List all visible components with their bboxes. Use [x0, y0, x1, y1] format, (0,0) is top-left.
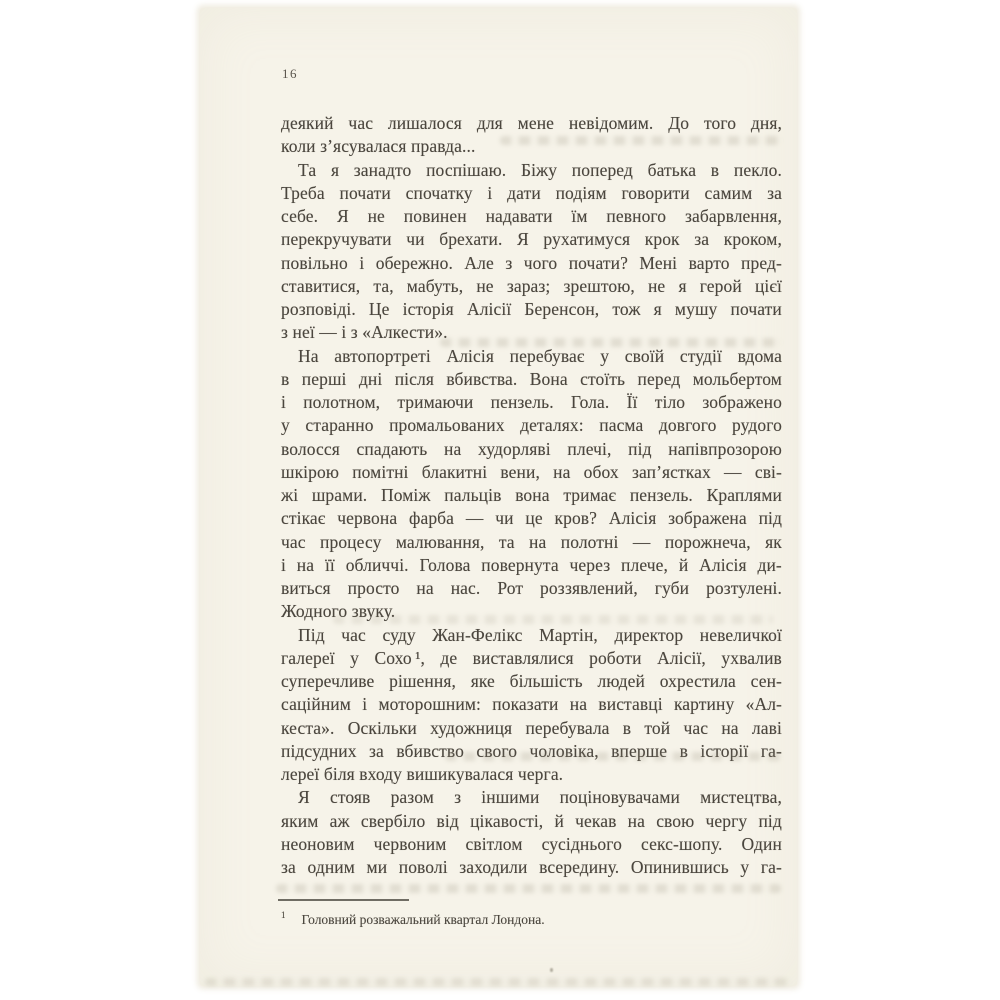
text-line: Требапочатиспочаткуідатиподіямговоритиса…	[281, 182, 782, 205]
text-line: волоссяспадаютьнахудорлявіплечі,піднапів…	[281, 438, 782, 461]
bleedthrough-artifact	[276, 884, 781, 893]
scan-speck	[550, 968, 553, 972]
text-line: витьсяпростонанас.Ротроззявлений,губироз…	[281, 577, 782, 600]
text-line: жішрами.Поміжпальціввонатримаєпензель.Кр…	[281, 484, 782, 507]
bleedthrough-artifact	[333, 615, 773, 624]
text-line: заодниммиповолізаходиливсередину.Опинивш…	[281, 856, 782, 879]
text-line: якимажсвербіловідцікавості,йчекавнасвоюч…	[281, 810, 782, 833]
text-line: перекручуватичибрехати.Ярухатимусякрокза…	[281, 228, 782, 251]
footnote-divider	[278, 899, 409, 901]
text-line: лереї біля входу вишикувалася черга.	[281, 763, 782, 786]
bleedthrough-artifact	[445, 752, 782, 761]
bleedthrough-artifact	[500, 136, 782, 145]
bleedthrough-artifact	[440, 338, 782, 347]
text-line: інаїїобличчі.Головаповернутачерезплече,й…	[281, 554, 782, 577]
text-line: часпроцесумалювання,танаполотні—порожнеч…	[281, 531, 782, 554]
bleedthrough-artifact	[205, 978, 792, 986]
text-line: розповіді.ЦеісторіяАлісіїБеренсон,тожяму…	[281, 298, 782, 321]
text-line: НаавтопортретіАлісіяперебуваєусвоїйстуді…	[281, 345, 782, 368]
text-line: суперечливерішення,якебільшістьлюдейохре…	[281, 670, 782, 693]
text-line: кеста».Оскількихудожницяперебувалавтойча…	[281, 717, 782, 740]
footnote: 1Головний розважальний квартал Лондона.	[281, 910, 741, 928]
text-line: ПідчассудуЖан-ФеліксМартін,директорневел…	[281, 624, 782, 647]
footnote-text: Головний розважальний квартал Лондона.	[302, 912, 545, 927]
text-line: галереїуСохо ¹,девиставлялисяроботиАлісі…	[281, 647, 782, 670]
text-line: Ястоявразомзіншимипоціновувачамимистецтв…	[281, 786, 782, 809]
text-line: неоновимчервонимсвітломсусідньогосекс-шо…	[281, 833, 782, 856]
text-line: саційнимімоторошним:показатинавиставціка…	[281, 693, 782, 716]
page-number: 16	[282, 66, 298, 82]
text-line: іполотном,тримаючипензель.Гола.Їїтілозоб…	[281, 391, 782, 414]
text-line: ставитися,та,мабуть,незараз;зрештою,неяг…	[281, 275, 782, 298]
text-line: повільноіобережно.Алезчогопочати?Менівар…	[281, 252, 782, 275]
text-line: впершідніпіслявбивства.Вонастоїтьпередмо…	[281, 368, 782, 391]
footnote-marker: 1	[281, 910, 286, 920]
text-line: устараннопромальованихдеталях:пасмадовго…	[281, 414, 782, 437]
text-line: Таязанадтопоспішаю.Біжупопередбатькавпек…	[281, 159, 782, 182]
text-line: себе.Янеповиненнадаватиїмпевногозабарвле…	[281, 205, 782, 228]
text-line: шкіроюпомітніблакитнівени,наобохзап’ястк…	[281, 461, 782, 484]
body-text: деякийчаслишалосядлямененевідомим.Дотого…	[281, 112, 782, 879]
text-line: деякийчаслишалосядлямененевідомим.Дотого…	[281, 112, 782, 135]
text-line: стікаєчервонафарба—чицекров?Алісіязображ…	[281, 507, 782, 530]
book-page: 16 деякийчаслишалосядлямененевідомим.Дот…	[200, 8, 797, 986]
